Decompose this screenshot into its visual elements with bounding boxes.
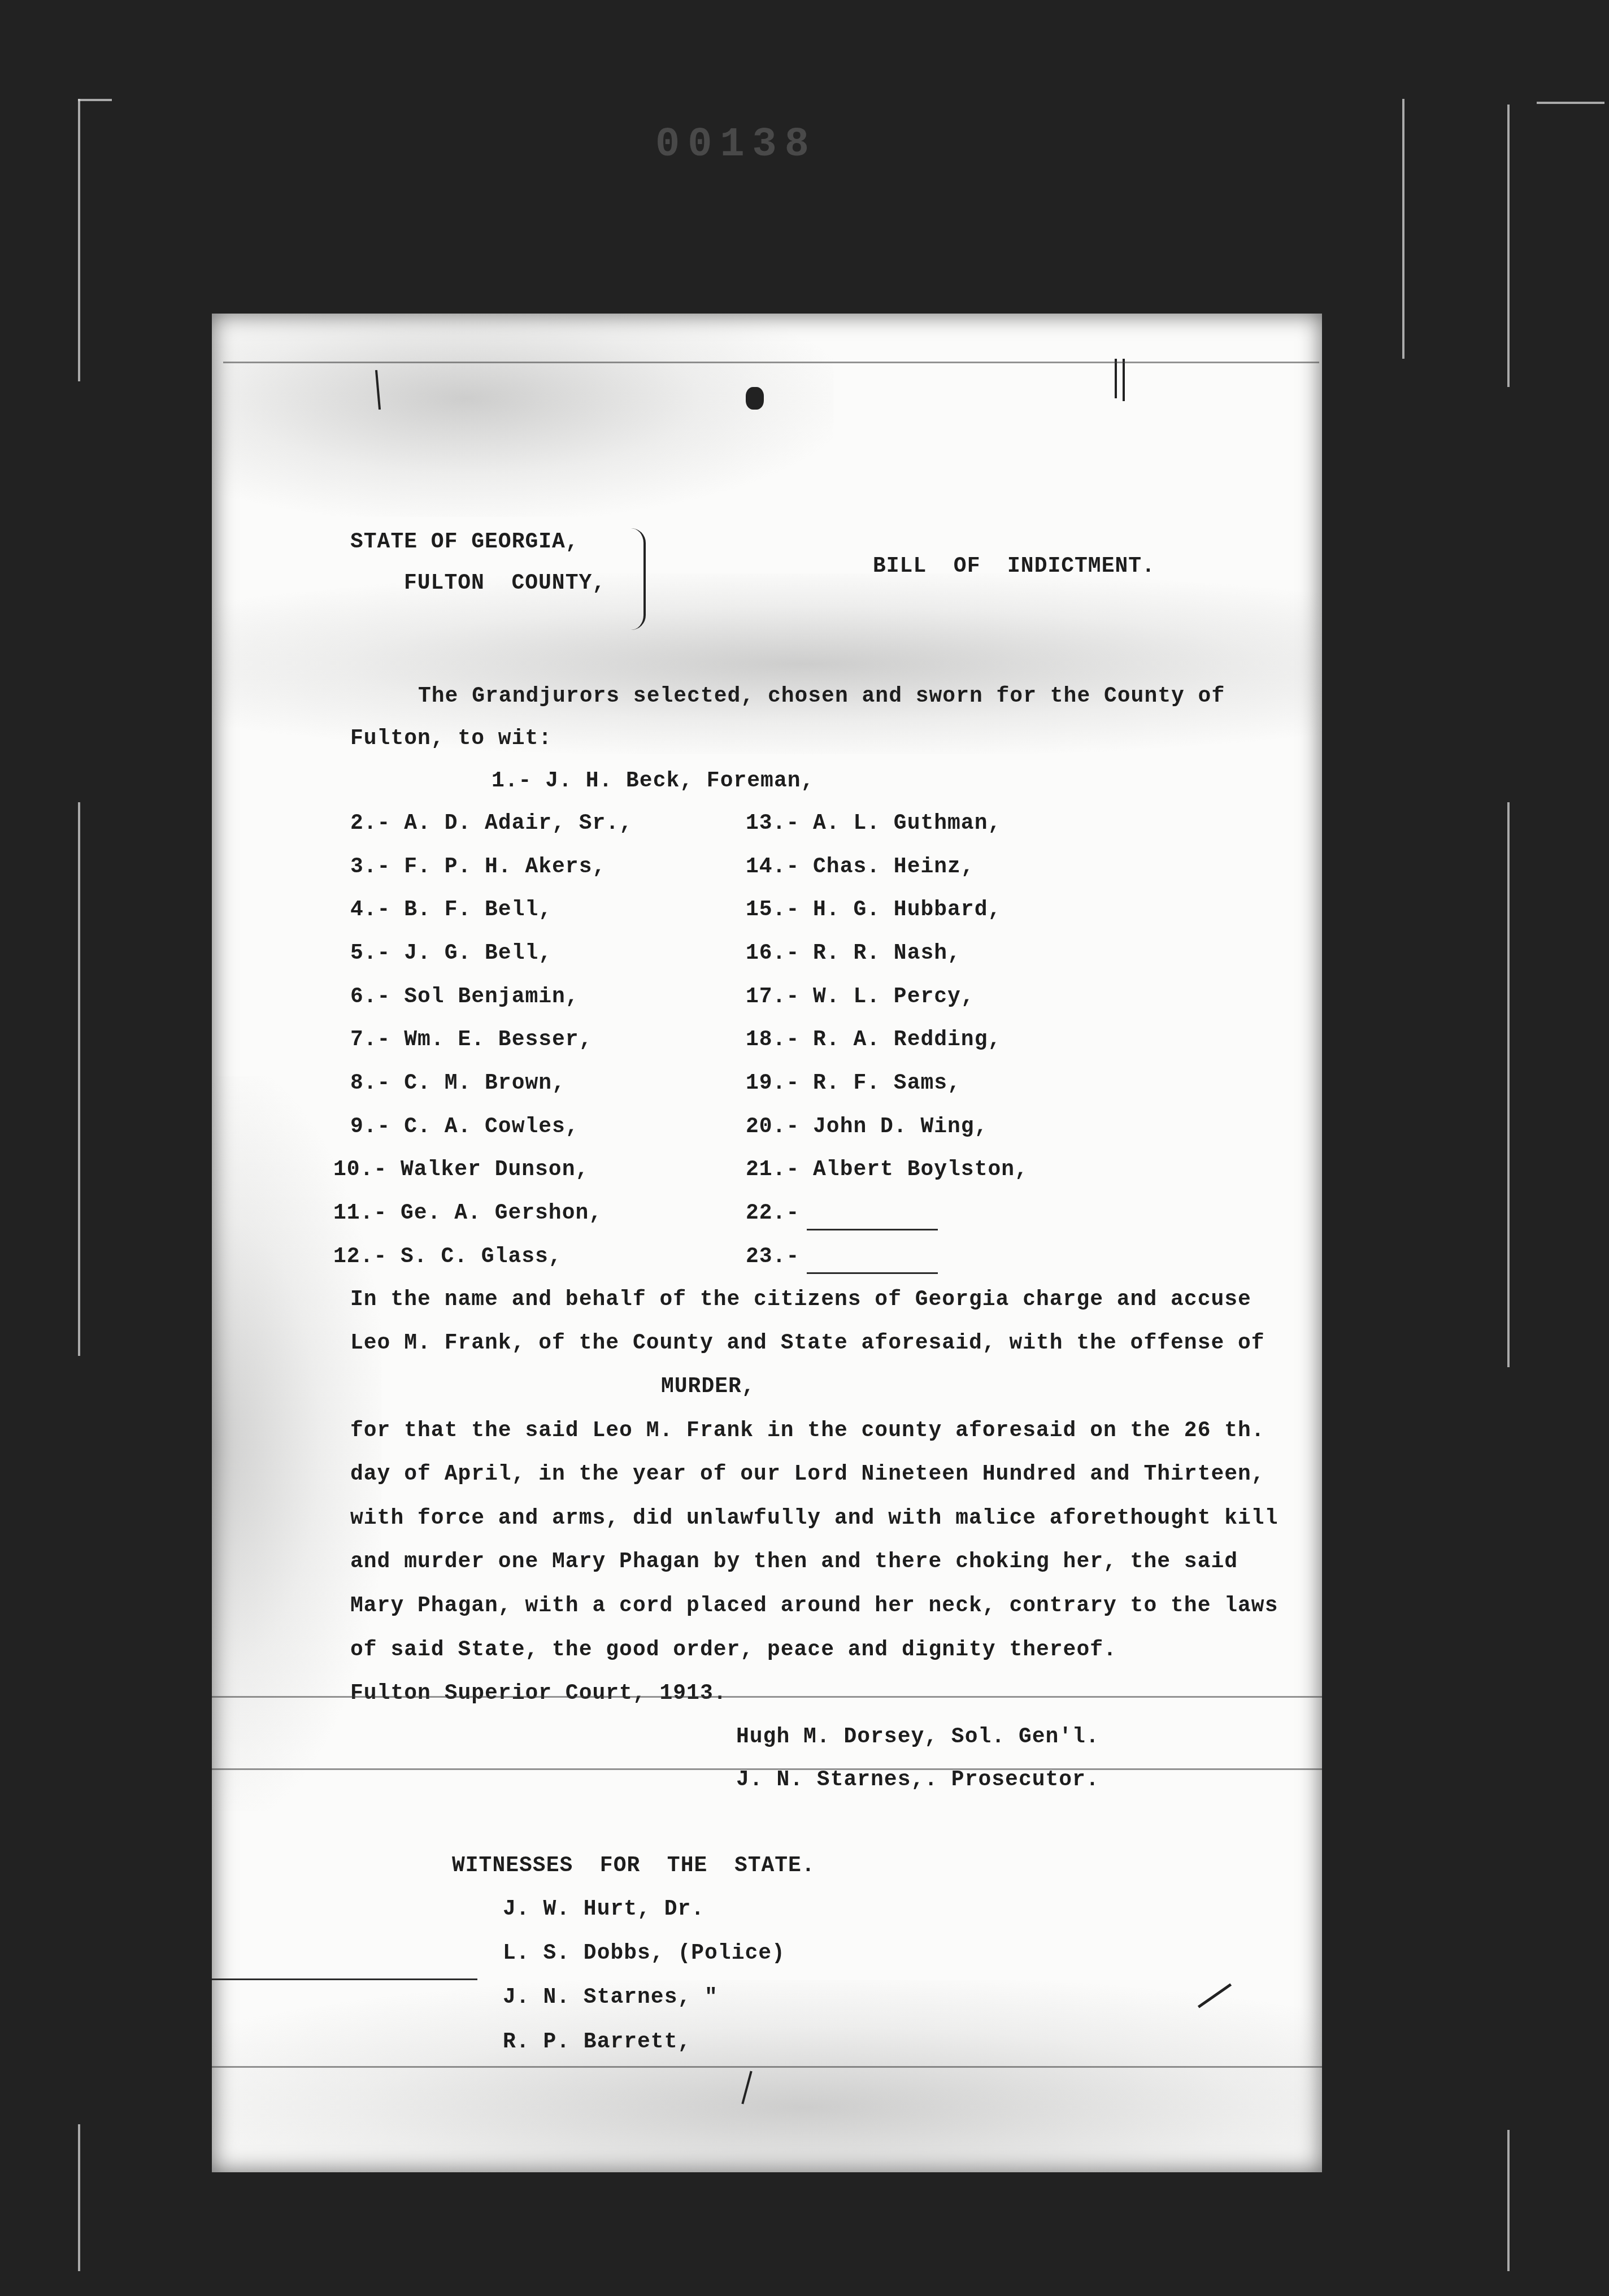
film-frame-right-edge-bottom bbox=[1507, 2130, 1510, 2271]
juror-right-18: 18.- R. A. Redding, bbox=[746, 1027, 1001, 1053]
juror-right-21: 21.- Albert Boylston, bbox=[746, 1157, 1028, 1183]
handwritten-tick-bottom bbox=[741, 2071, 752, 2104]
signature-prosecutor: J. N. Starnes,. Prosecutor. bbox=[736, 1767, 1099, 1793]
handwritten-mark-right-1 bbox=[1115, 359, 1117, 398]
preamble-line-1: The Grandjurors selected, chosen and swo… bbox=[418, 684, 1225, 710]
juror-left-9: 9.- C. A. Cowles, bbox=[350, 1114, 579, 1140]
header-county: FULTON COUNTY, bbox=[404, 571, 606, 597]
juror-right-13: 13.- A. L. Guthman, bbox=[746, 811, 1001, 837]
handwritten-stroke bbox=[1198, 1983, 1232, 2008]
film-frame-right-edge bbox=[1507, 105, 1510, 387]
film-frame-left-edge-bottom bbox=[78, 2124, 80, 2271]
handwritten-mark-right-2 bbox=[1123, 359, 1125, 401]
body-line-4: and murder one Mary Phagan by then and t… bbox=[350, 1549, 1238, 1575]
indictment-page: STATE OF GEORGIA, FULTON COUNTY, BILL OF… bbox=[212, 314, 1322, 2172]
header-brace bbox=[631, 528, 646, 630]
handwritten-tick-left bbox=[375, 370, 381, 410]
juror-left-8: 8.- C. M. Brown, bbox=[350, 1071, 566, 1097]
witness-margin-line bbox=[212, 1978, 477, 1980]
witness-2: L. S. Dobbs, (Police) bbox=[503, 1941, 785, 1967]
page-fold-line-court bbox=[212, 1696, 1322, 1698]
witness-3: J. N. Starnes, " bbox=[503, 1985, 718, 2011]
juror-left-12: 12.- S. C. Glass, bbox=[333, 1244, 562, 1270]
juror-right-17: 17.- W. L. Percy, bbox=[746, 984, 975, 1010]
witnesses-heading: WITNESSES FOR THE STATE. bbox=[452, 1853, 815, 1879]
body-line-3: with force and arms, did unlawfully and … bbox=[350, 1506, 1278, 1532]
juror-right-23: 23.- bbox=[746, 1244, 799, 1270]
film-frame-left-edge-lower bbox=[78, 802, 80, 1356]
juror-right-19: 19.- R. F. Sams, bbox=[746, 1071, 961, 1097]
body-line-6: of said State, the good order, peace and… bbox=[350, 1637, 1117, 1663]
juror-right-15: 15.- H. G. Hubbard, bbox=[746, 897, 1001, 923]
offense-label: MURDER, bbox=[661, 1374, 755, 1400]
witness-4: R. P. Barrett, bbox=[503, 2029, 691, 2055]
juror-left-3: 3.- F. P. H. Akers, bbox=[350, 854, 606, 880]
signature-solicitor: Hugh M. Dorsey, Sol. Gen'l. bbox=[736, 1724, 1099, 1750]
film-frame-right-edge-outer bbox=[1402, 99, 1404, 359]
body-line-1: for that the said Leo M. Frank in the co… bbox=[350, 1418, 1265, 1444]
page-smudge-top bbox=[212, 314, 833, 517]
body-line-2: day of April, in the year of our Lord Ni… bbox=[350, 1462, 1265, 1488]
juror-right-22: 22.- bbox=[746, 1201, 799, 1227]
charge-line-2: Leo M. Frank, of the County and State af… bbox=[350, 1330, 1265, 1356]
page-smudge-bottom bbox=[212, 1980, 1322, 2172]
juror-left-10: 10.- Walker Dunson, bbox=[333, 1157, 589, 1183]
blank-juror-line-22 bbox=[807, 1229, 938, 1230]
juror-left-7: 7.- Wm. E. Besser, bbox=[350, 1027, 592, 1053]
header-state: STATE OF GEORGIA, bbox=[350, 529, 579, 555]
ink-blot bbox=[746, 387, 764, 410]
juror-right-14: 14.- Chas. Heinz, bbox=[746, 854, 975, 880]
film-frame-left-edge bbox=[78, 99, 80, 381]
witness-1: J. W. Hurt, Dr. bbox=[503, 1897, 705, 1923]
document-title: BILL OF INDICTMENT. bbox=[873, 554, 1155, 580]
juror-left-11: 11.- Ge. A. Gershon, bbox=[333, 1201, 602, 1227]
body-line-5: Mary Phagan, with a cord placed around h… bbox=[350, 1593, 1278, 1619]
page-fold-line-bottom bbox=[212, 2066, 1322, 2068]
juror-right-20: 20.- John D. Wing, bbox=[746, 1114, 988, 1140]
juror-left-2: 2.- A. D. Adair, Sr., bbox=[350, 811, 633, 837]
juror-left-5: 5.- J. G. Bell, bbox=[350, 941, 552, 967]
film-frame-right-edge-lower bbox=[1507, 802, 1510, 1367]
film-frame-top-left-corner bbox=[78, 99, 112, 101]
court-line: Fulton Superior Court, 1913. bbox=[350, 1681, 727, 1707]
juror-right-16: 16.- R. R. Nash, bbox=[746, 941, 961, 967]
preamble-line-2: Fulton, to wit: bbox=[350, 726, 552, 752]
film-frame-top-right-corner bbox=[1537, 102, 1604, 104]
page-fold-line-top bbox=[223, 362, 1319, 363]
charge-line-1: In the name and behalf of the citizens o… bbox=[350, 1287, 1251, 1313]
juror-left-4: 4.- B. F. Bell, bbox=[350, 897, 552, 923]
foreman-entry: 1.- J. H. Beck, Foreman, bbox=[492, 768, 814, 794]
blank-juror-line-23 bbox=[807, 1272, 938, 1274]
juror-left-6: 6.- Sol Benjamin, bbox=[350, 984, 579, 1010]
archive-frame-number: 00138 bbox=[655, 121, 817, 168]
